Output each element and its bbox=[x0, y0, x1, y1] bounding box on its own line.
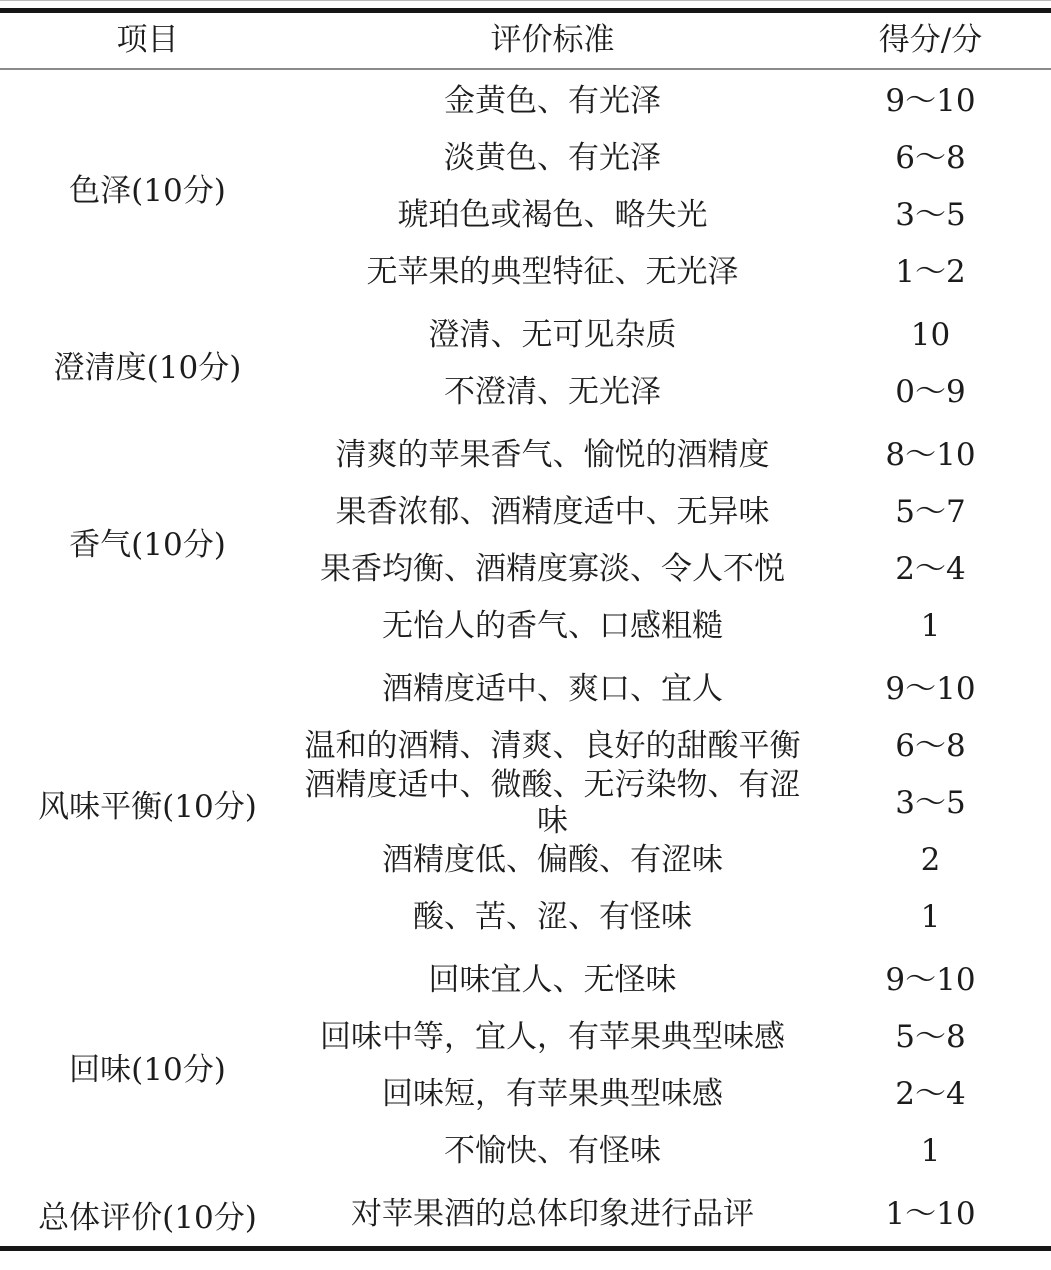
item-cell: 总体评价(10分) bbox=[0, 1186, 295, 1243]
table-row: 酒精度低、偏酸、有涩味2 bbox=[295, 832, 1051, 889]
column-header-score: 得分/分 bbox=[810, 23, 1051, 59]
criteria-cell: 酒精度低、偏酸、有涩味 bbox=[295, 832, 810, 889]
table-row: 果香浓郁、酒精度适中、无异味5～7 bbox=[295, 484, 1051, 541]
criteria-cell: 澄清、无可见杂质 bbox=[295, 307, 810, 364]
criteria-cell: 回味短，有苹果典型味感 bbox=[295, 1066, 810, 1123]
table-section: 澄清度(10分)澄清、无可见杂质10不澄清、无光泽0～9 bbox=[0, 304, 1051, 424]
section-rows: 对苹果酒的总体印象进行品评1～10 bbox=[295, 1186, 1051, 1243]
score-cell: 1 bbox=[810, 889, 1051, 946]
section-rows: 回味宜人、无怪味9～10回味中等，宜人，有苹果典型味感5～8回味短，有苹果典型味… bbox=[295, 952, 1051, 1180]
score-cell: 8～10 bbox=[810, 427, 1051, 484]
table-section: 回味(10分)回味宜人、无怪味9～10回味中等，宜人，有苹果典型味感5～8回味短… bbox=[0, 949, 1051, 1183]
score-cell: 9～10 bbox=[810, 952, 1051, 1009]
score-cell: 2 bbox=[810, 832, 1051, 889]
item-cell: 香气(10分) bbox=[0, 427, 295, 655]
criteria-cell: 回味宜人、无怪味 bbox=[295, 952, 810, 1009]
table-row: 回味中等，宜人，有苹果典型味感5～8 bbox=[295, 1009, 1051, 1066]
item-cell: 色泽(10分) bbox=[0, 73, 295, 301]
table-row: 无苹果的典型特征、无光泽1～2 bbox=[295, 244, 1051, 301]
table-section: 色泽(10分)金黄色、有光泽9～10淡黄色、有光泽6～8琥珀色或褐色、略失光3～… bbox=[0, 70, 1051, 304]
score-cell: 1～10 bbox=[810, 1186, 1051, 1243]
table-row: 琥珀色或褐色、略失光3～5 bbox=[295, 187, 1051, 244]
section-rows: 金黄色、有光泽9～10淡黄色、有光泽6～8琥珀色或褐色、略失光3～5无苹果的典型… bbox=[295, 73, 1051, 301]
criteria-cell: 琥珀色或褐色、略失光 bbox=[295, 187, 810, 244]
table-header-row: 项目 评价标准 得分/分 bbox=[0, 13, 1051, 68]
evaluation-table-sheet: 项目 评价标准 得分/分 色泽(10分)金黄色、有光泽9～10淡黄色、有光泽6～… bbox=[0, 0, 1051, 1270]
score-cell: 9～10 bbox=[810, 661, 1051, 718]
table-section: 总体评价(10分)对苹果酒的总体印象进行品评1～10 bbox=[0, 1183, 1051, 1246]
criteria-cell: 金黄色、有光泽 bbox=[295, 73, 810, 130]
column-header-item: 项目 bbox=[0, 23, 295, 59]
criteria-cell: 不愉快、有怪味 bbox=[295, 1123, 810, 1180]
criteria-cell: 果香浓郁、酒精度适中、无异味 bbox=[295, 484, 810, 541]
table-section: 风味平衡(10分)酒精度适中、爽口、宜人9～10温和的酒精、清爽、良好的甜酸平衡… bbox=[0, 658, 1051, 949]
score-cell: 6～8 bbox=[810, 130, 1051, 187]
top-hairline-rule bbox=[0, 0, 1051, 1]
score-cell: 1～2 bbox=[810, 244, 1051, 301]
score-cell: 10 bbox=[810, 307, 1051, 364]
score-cell: 1 bbox=[810, 1123, 1051, 1180]
score-cell: 3～5 bbox=[810, 775, 1051, 832]
table-row: 酒精度适中、爽口、宜人9～10 bbox=[295, 661, 1051, 718]
criteria-cell: 不澄清、无光泽 bbox=[295, 364, 810, 421]
score-cell: 1 bbox=[810, 598, 1051, 655]
table-row: 酒精度适中、微酸、无污染物、有涩味3～5 bbox=[295, 775, 1051, 832]
criteria-cell: 无苹果的典型特征、无光泽 bbox=[295, 244, 810, 301]
table-row: 酸、苦、涩、有怪味1 bbox=[295, 889, 1051, 946]
criteria-cell: 对苹果酒的总体印象进行品评 bbox=[295, 1186, 810, 1243]
table-row: 无怡人的香气、口感粗糙1 bbox=[295, 598, 1051, 655]
section-rows: 澄清、无可见杂质10不澄清、无光泽0～9 bbox=[295, 307, 1051, 421]
criteria-cell: 无怡人的香气、口感粗糙 bbox=[295, 598, 810, 655]
score-cell: 0～9 bbox=[810, 364, 1051, 421]
score-cell: 9～10 bbox=[810, 73, 1051, 130]
score-cell: 5～7 bbox=[810, 484, 1051, 541]
section-rows: 清爽的苹果香气、愉悦的酒精度8～10果香浓郁、酒精度适中、无异味5～7果香均衡、… bbox=[295, 427, 1051, 655]
score-cell: 3～5 bbox=[810, 187, 1051, 244]
table-row: 金黄色、有光泽9～10 bbox=[295, 73, 1051, 130]
table-row: 清爽的苹果香气、愉悦的酒精度8～10 bbox=[295, 427, 1051, 484]
item-cell: 澄清度(10分) bbox=[0, 307, 295, 421]
table-row: 回味短，有苹果典型味感2～4 bbox=[295, 1066, 1051, 1123]
section-rows: 酒精度适中、爽口、宜人9～10温和的酒精、清爽、良好的甜酸平衡6～8酒精度适中、… bbox=[295, 661, 1051, 946]
table-row: 果香均衡、酒精度寡淡、令人不悦2～4 bbox=[295, 541, 1051, 598]
bottom-rule bbox=[0, 1246, 1051, 1251]
item-cell: 风味平衡(10分) bbox=[0, 661, 295, 946]
criteria-cell: 淡黄色、有光泽 bbox=[295, 130, 810, 187]
table-row: 回味宜人、无怪味9～10 bbox=[295, 952, 1051, 1009]
criteria-cell: 酒精度适中、爽口、宜人 bbox=[295, 661, 810, 718]
table-row: 对苹果酒的总体印象进行品评1～10 bbox=[295, 1186, 1051, 1243]
table-row: 不愉快、有怪味1 bbox=[295, 1123, 1051, 1180]
table-row: 不澄清、无光泽0～9 bbox=[295, 364, 1051, 421]
score-cell: 2～4 bbox=[810, 1066, 1051, 1123]
table-section: 香气(10分)清爽的苹果香气、愉悦的酒精度8～10果香浓郁、酒精度适中、无异味5… bbox=[0, 424, 1051, 658]
criteria-cell: 清爽的苹果香气、愉悦的酒精度 bbox=[295, 427, 810, 484]
score-cell: 5～8 bbox=[810, 1009, 1051, 1066]
table-body: 色泽(10分)金黄色、有光泽9～10淡黄色、有光泽6～8琥珀色或褐色、略失光3～… bbox=[0, 70, 1051, 1246]
criteria-cell: 回味中等，宜人，有苹果典型味感 bbox=[295, 1009, 810, 1066]
criteria-cell: 酒精度适中、微酸、无污染物、有涩味 bbox=[295, 775, 810, 832]
score-cell: 2～4 bbox=[810, 541, 1051, 598]
criteria-cell: 酸、苦、涩、有怪味 bbox=[295, 889, 810, 946]
column-header-criteria: 评价标准 bbox=[295, 23, 810, 59]
criteria-cell: 果香均衡、酒精度寡淡、令人不悦 bbox=[295, 541, 810, 598]
score-cell: 6～8 bbox=[810, 718, 1051, 775]
table-row: 澄清、无可见杂质10 bbox=[295, 307, 1051, 364]
table-row: 淡黄色、有光泽6～8 bbox=[295, 130, 1051, 187]
item-cell: 回味(10分) bbox=[0, 952, 295, 1180]
